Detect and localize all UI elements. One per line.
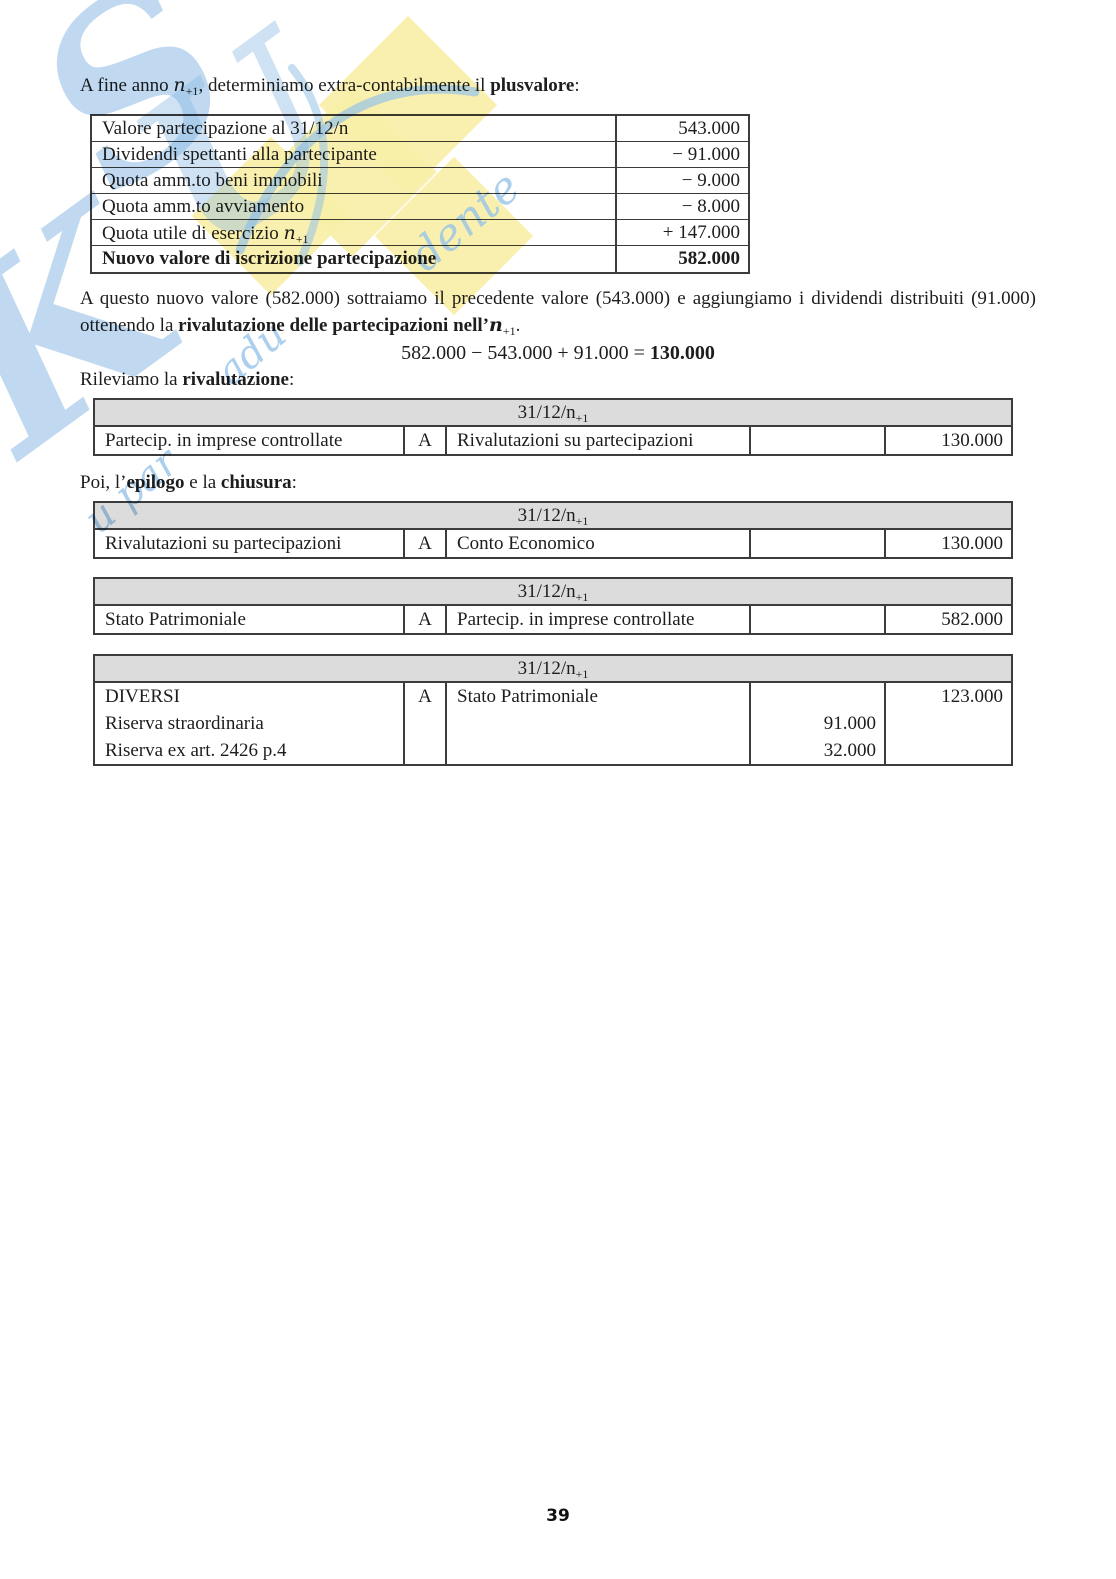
explanation-text-end: .	[516, 315, 521, 336]
table-row-total: Nuovo valore di iscrizione partecipazion…	[92, 246, 748, 272]
row-value: 582.000	[615, 246, 748, 272]
table-row: Quota utile di esercizio n+1 + 147.000	[92, 220, 748, 246]
math-var-n: n	[489, 314, 503, 336]
debit-amount-cell	[751, 530, 886, 557]
debit-amount-cell: 91.000 32.000	[751, 683, 886, 764]
row-label: Quota amm.to avviamento	[92, 194, 615, 219]
row-label: Dividendi spettanti alla partecipante	[92, 142, 615, 167]
poi-mid: e la	[185, 472, 221, 493]
journal-date: 31/12/n	[518, 505, 576, 526]
debit-amount-cell	[751, 606, 886, 633]
journal-date-header: 31/12/n+1	[95, 656, 1011, 683]
intro-text-end: :	[574, 75, 579, 96]
debit-account: Rivalutazioni su partecipazioni	[95, 530, 405, 557]
journal-row: Rivalutazioni su partecipazioni A Conto …	[95, 530, 1011, 557]
plusvalore-table: Valore partecipazione al 31/12/n 543.000…	[90, 114, 750, 274]
debit-line: Riserva ex art. 2426 p.4	[105, 737, 395, 764]
debit-account: Stato Patrimoniale	[95, 606, 405, 633]
math-sub: +1	[576, 667, 589, 681]
row-label: Quota amm.to beni immobili	[92, 168, 615, 193]
credit-amount-cell: 130.000	[886, 530, 1011, 557]
journal-table-epilogo: 31/12/n+1 Rivalutazioni su partecipazion…	[93, 501, 1013, 559]
link-letter: A	[405, 427, 447, 454]
journal-table-diversi: 31/12/n+1 DIVERSI Riserva straordinaria …	[93, 654, 1013, 766]
rileviamo-text: Rileviamo la	[80, 369, 182, 390]
rileviamo-line: Rileviamo la rivalutazione:	[80, 367, 1036, 393]
credit-amount-cell: 582.000	[886, 606, 1011, 633]
row-label-text: Quota utile di esercizio	[102, 223, 284, 244]
poi-end: :	[292, 472, 297, 493]
math-sub: +1	[576, 590, 589, 604]
math-sub: +1	[503, 324, 516, 338]
journal-date-header: 31/12/n+1	[95, 400, 1011, 427]
table-row: Valore partecipazione al 31/12/n 543.000	[92, 116, 748, 142]
math-var-n: n	[173, 74, 185, 96]
formula-line: 582.000 − 543.000 + 91.000 = 130.000	[80, 340, 1036, 366]
row-value: 543.000	[615, 116, 748, 141]
formula-result: 130.000	[650, 342, 715, 364]
bold-chiusura: chiusura	[221, 472, 292, 493]
bold-rivalutazione: rivalutazione	[182, 369, 289, 390]
math-sub: +1	[186, 84, 199, 98]
journal-table-chiusura-sp: 31/12/n+1 Stato Patrimoniale A Partecip.…	[93, 577, 1013, 635]
debit-amount-line	[759, 683, 876, 710]
page-number: 39	[0, 1506, 1116, 1526]
debit-account-multi: DIVERSI Riserva straordinaria Riserva ex…	[95, 683, 405, 764]
row-value: − 9.000	[615, 168, 748, 193]
row-value: − 8.000	[615, 194, 748, 219]
row-value: − 91.000	[615, 142, 748, 167]
debit-line: Riserva straordinaria	[105, 710, 395, 737]
credit-account: Rivalutazioni su partecipazioni	[447, 427, 751, 454]
journal-row: Stato Patrimoniale A Partecip. in impres…	[95, 606, 1011, 633]
credit-account: Stato Patrimoniale	[447, 683, 751, 764]
debit-amount-line: 91.000	[759, 710, 876, 737]
math-var-n: n	[284, 222, 296, 244]
intro-text-pre: A fine anno	[80, 75, 173, 96]
intro-text-mid: , determiniamo extra-contabilmente il	[198, 75, 490, 96]
journal-date: 31/12/n	[518, 581, 576, 602]
debit-amount-cell	[751, 427, 886, 454]
math-sub: +1	[296, 232, 309, 245]
intro-paragraph: A fine anno n+1, determiniamo extra-cont…	[80, 72, 1036, 99]
row-label: Nuovo valore di iscrizione partecipazion…	[92, 246, 615, 272]
math-sub: +1	[576, 514, 589, 528]
link-letter: A	[405, 683, 447, 764]
table-row: Quota amm.to beni immobili − 9.000	[92, 168, 748, 194]
journal-date: 31/12/n	[518, 402, 576, 423]
link-letter: A	[405, 530, 447, 557]
journal-table-rivalutazione: 31/12/n+1 Partecip. in imprese controlla…	[93, 398, 1013, 456]
bold-plusvalore: plusvalore	[490, 75, 574, 96]
row-label: Valore partecipazione al 31/12/n	[92, 116, 615, 141]
row-label: Quota utile di esercizio n+1	[92, 220, 615, 245]
credit-account: Partecip. in imprese controllate	[447, 606, 751, 633]
rileviamo-end: :	[289, 369, 294, 390]
bold-epilogo: epilogo	[126, 472, 184, 493]
bold-rivalutazione-partecipazioni: rivalutazione delle partecipazioni nell’	[178, 315, 489, 336]
formula-expression: 582.000 − 543.000 + 91.000 =	[401, 342, 650, 364]
epilogo-line: Poi, l’epilogo e la chiusura:	[80, 470, 1036, 496]
debit-amount-line: 32.000	[759, 737, 876, 764]
credit-account: Conto Economico	[447, 530, 751, 557]
document-content: A fine anno n+1, determiniamo extra-cont…	[80, 0, 1036, 766]
table-row: Quota amm.to avviamento − 8.000	[92, 194, 748, 220]
journal-date-header: 31/12/n+1	[95, 579, 1011, 606]
link-letter: A	[405, 606, 447, 633]
journal-date: 31/12/n	[518, 658, 576, 679]
credit-amount-cell: 130.000	[886, 427, 1011, 454]
table-row: Dividendi spettanti alla partecipante − …	[92, 142, 748, 168]
journal-row: Partecip. in imprese controllate A Rival…	[95, 427, 1011, 454]
explanation-paragraph: A questo nuovo valore (582.000) sottraia…	[80, 286, 1036, 339]
credit-amount-cell: 123.000	[886, 683, 1011, 764]
journal-date-header: 31/12/n+1	[95, 503, 1011, 530]
math-sub: +1	[576, 411, 589, 425]
poi-text: Poi, l’	[80, 472, 126, 493]
debit-line: DIVERSI	[105, 683, 395, 710]
journal-row: DIVERSI Riserva straordinaria Riserva ex…	[95, 683, 1011, 764]
row-value: + 147.000	[615, 220, 748, 245]
debit-account: Partecip. in imprese controllate	[95, 427, 405, 454]
